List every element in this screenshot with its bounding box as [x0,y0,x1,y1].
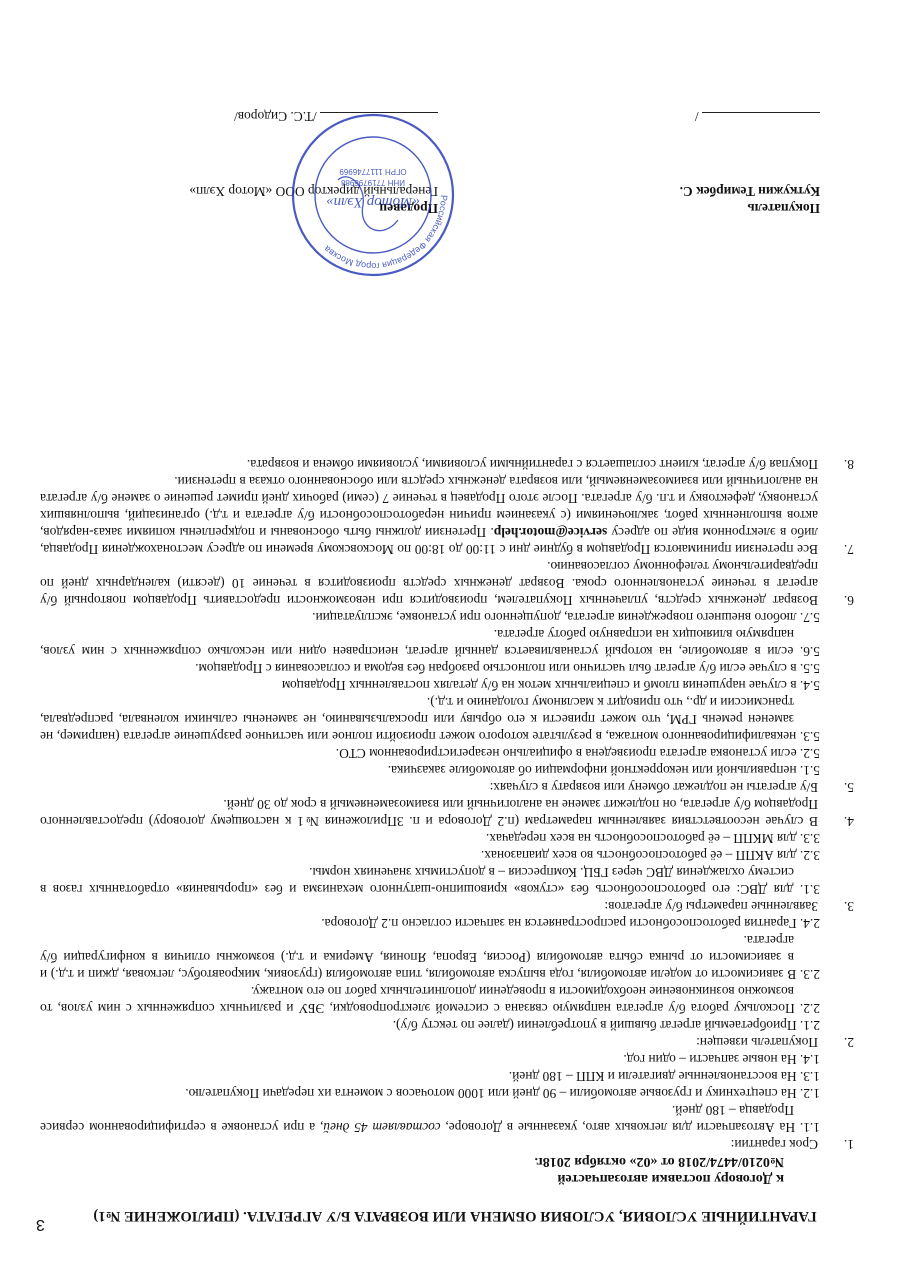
section-number: 3. [818,898,868,915]
subsection-2-2: 2.2. Поскольку работа б/у агрегата напря… [40,983,820,1017]
subsection-5-2: 5.2. если установка агрегата произведена… [40,745,820,762]
section-text: Покупатель извещен: [40,1034,818,1051]
section-text: В случае несоответствия заявленным парам… [40,796,818,830]
subsection-5-6: 5.6. если в автомобиле, на который устан… [40,626,820,660]
document-page: 3 ГАРАНТИЙНЫЕ УСЛОВИЯ, УСЛОВИЯ ОБМЕНА ИЛ… [0,0,904,1280]
section-number: 6. [818,558,868,609]
section-5: 5.Б/у агрегаты не подлежат обмену или во… [40,779,868,796]
section-number: 4. [818,796,868,830]
subsection-1-1: 1.1. На Автозапчасти для легковых авто, … [40,1102,820,1136]
subsection-5-7: 5.7. любого внешнего повреждения агрегат… [40,609,820,626]
subsection-5-4: 5.4. в случае нарушения пломб и специаль… [40,677,820,694]
contract-reference-line1: к Договору поставки автозапчастей [40,1170,784,1187]
section-number: 2. [818,1034,868,1051]
section-7: 7.Все претензии принимаются Продавцом в … [40,473,868,558]
subsection-3-1: 3.1. для ДВС: его работоспособность без … [40,864,820,898]
subsection-2-3: 2.3. В зависимости от модели автомобиля,… [40,932,820,983]
section-4: 4.В случае несоответствия заявленным пар… [40,796,868,830]
subsection-3-2: 3.2. для АКПП – её работоспособность во … [40,847,820,864]
section-text: Б/у агрегаты не подлежат обмену или возв… [40,779,818,796]
stamp-ogrn: ОГРН 1117746969 [339,167,407,176]
warranty-term-emphasis: составляет 45 дней [323,1120,440,1135]
company-stamp-icon: Российская Федерация город Москва «Мотор… [288,110,458,280]
subsection-5-3: 5.3. неквалифицированного монтажа, в рез… [40,694,820,745]
buyer-label: Покупатель [520,200,820,217]
claims-email-link[interactable]: service@motor.help [494,525,607,540]
subsection-5-1: 5.1. неправильной или некорректной инфор… [40,762,820,779]
buyer-signature-line: / [695,108,820,125]
buyer-signature: Покупатель Куткужин Темирбек С. / [520,183,820,217]
buyer-signature-suffix: / [695,109,699,124]
subsection-1-3: 1.3. На восстановленные двигатели и КПП … [40,1068,820,1085]
section-1: 1.Срок гарантии: [40,1136,868,1153]
subsection-2-1: 2.1. Приобретаемый агрегат бывший в упот… [40,1017,820,1034]
subsection-1-4: 1.4. На новые запчасти – один год. [40,1051,820,1068]
stamp-org-name: «Мотор Хэлп» [326,194,420,210]
section-number: 8. [818,456,868,473]
stamp-inn: ИНН 7719796988 [340,178,405,187]
section-2: 2.Покупатель извещен: [40,1034,868,1051]
section-text: Все претензии принимаются Продавцом в бу… [40,473,818,558]
subsection-1-2: 1.2. На спецтехнику и грузовые автомобил… [40,1085,820,1102]
section-number: 1. [818,1136,868,1153]
section-text: Покупая б/у агрегат, клиент соглашается … [40,456,818,473]
sections-list: 1.Срок гарантии:1.1. На Автозапчасти для… [40,456,870,1153]
section-text: Заявленные параметры б/у агрегатов: [40,898,818,915]
buyer-name: Куткужин Темирбек С. [520,183,820,200]
page-title: ГАРАНТИЙНЫЕ УСЛОВИЯ, УСЛОВИЯ ОБМЕНА ИЛИ … [40,1207,870,1260]
buyer-signature-blank [702,112,820,125]
section-number: 5. [818,779,868,796]
section-6: 6.Возврат денежных средств, уплаченных П… [40,558,868,609]
section-text: Возврат денежных средств, уплаченных Пок… [40,558,818,609]
document-body: ГАРАНТИЙНЫЕ УСЛОВИЯ, УСЛОВИЯ ОБМЕНА ИЛИ … [40,456,870,1260]
section-text: Срок гарантии: [40,1136,818,1153]
section-number: 7. [818,473,868,558]
subsection-5-5: 5.5. в случае если б/у агрегат был части… [40,660,820,677]
contract-reference: к Договору поставки автозапчастей №0210/… [40,1153,784,1187]
section-3: 3.Заявленные параметры б/у агрегатов: [40,898,868,915]
subsection-3-3: 3.3. для МКПП – её работоспособность на … [40,830,820,847]
subsection-2-4: 2.4. Гарантия работоспособности распрост… [40,915,820,932]
contract-reference-line2: №0210/4474/2018 от «02» октября 2018г. [40,1153,784,1170]
section-8: 8.Покупая б/у агрегат, клиент соглашаетс… [40,456,868,473]
